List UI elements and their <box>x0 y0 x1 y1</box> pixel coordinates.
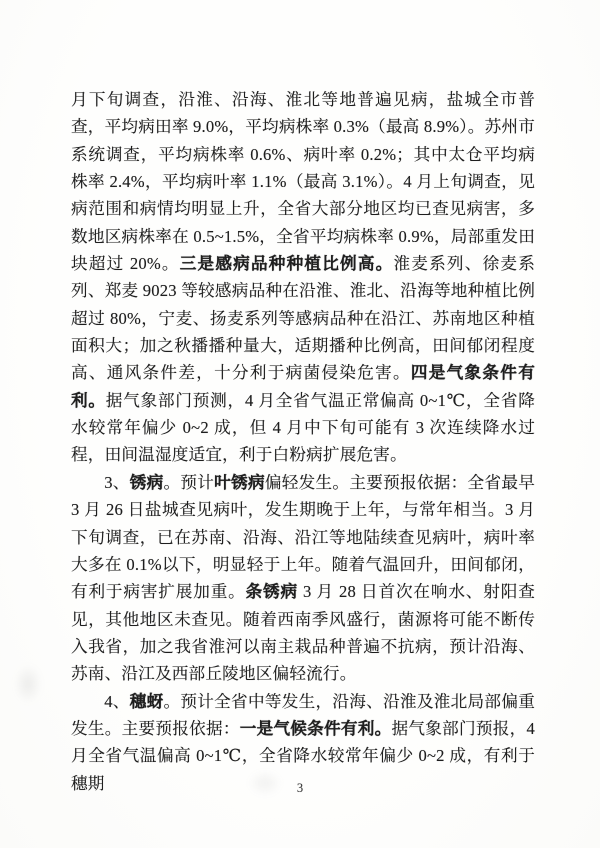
text-run: 。预计 <box>163 473 214 492</box>
scanned-document-page: 月下旬调查，沿淮、沿海、淮北等地普遍见病，盐城全市普查，平均病田率 9.0%，平… <box>0 0 600 848</box>
bold-text-run: 穗蚜 <box>130 692 164 711</box>
bold-text-run: 三是感病品种种植比例高。 <box>180 254 394 273</box>
document-body: 月下旬调查，沿淮、沿海、淮北等地普遍见病，盐城全市普查，平均病田率 9.0%，平… <box>71 86 535 797</box>
page-number: 3 <box>0 781 600 796</box>
bold-text-run: 一是气候条件有利。 <box>240 719 392 738</box>
paragraph: 月下旬调查，沿淮、沿海、淮北等地普遍见病，盐城全市普查，平均病田率 9.0%，平… <box>71 86 535 469</box>
text-run: 月下旬调查，沿淮、沿海、淮北等地普遍见病，盐城全市普查，平均病田率 9.0%，平… <box>71 90 535 273</box>
bold-text-run: 锈病 <box>130 473 164 492</box>
bold-text-run: 叶锈病 <box>214 473 265 492</box>
text-run: 4、 <box>104 692 130 711</box>
text-run: 据气象部门预测，4 月全省气温正常偏高 0~1℃，全省降水较常年偏少 0~2 成… <box>71 391 535 465</box>
bold-text-run: 条锈病 <box>246 582 298 601</box>
scan-artifact-smudge <box>14 664 42 704</box>
paragraph: 3、锈病。预计叶锈病偏轻发生。主要预报依据：全省最早 3 月 26 日盐城查见病… <box>71 469 535 688</box>
text-run: 3、 <box>104 473 130 492</box>
